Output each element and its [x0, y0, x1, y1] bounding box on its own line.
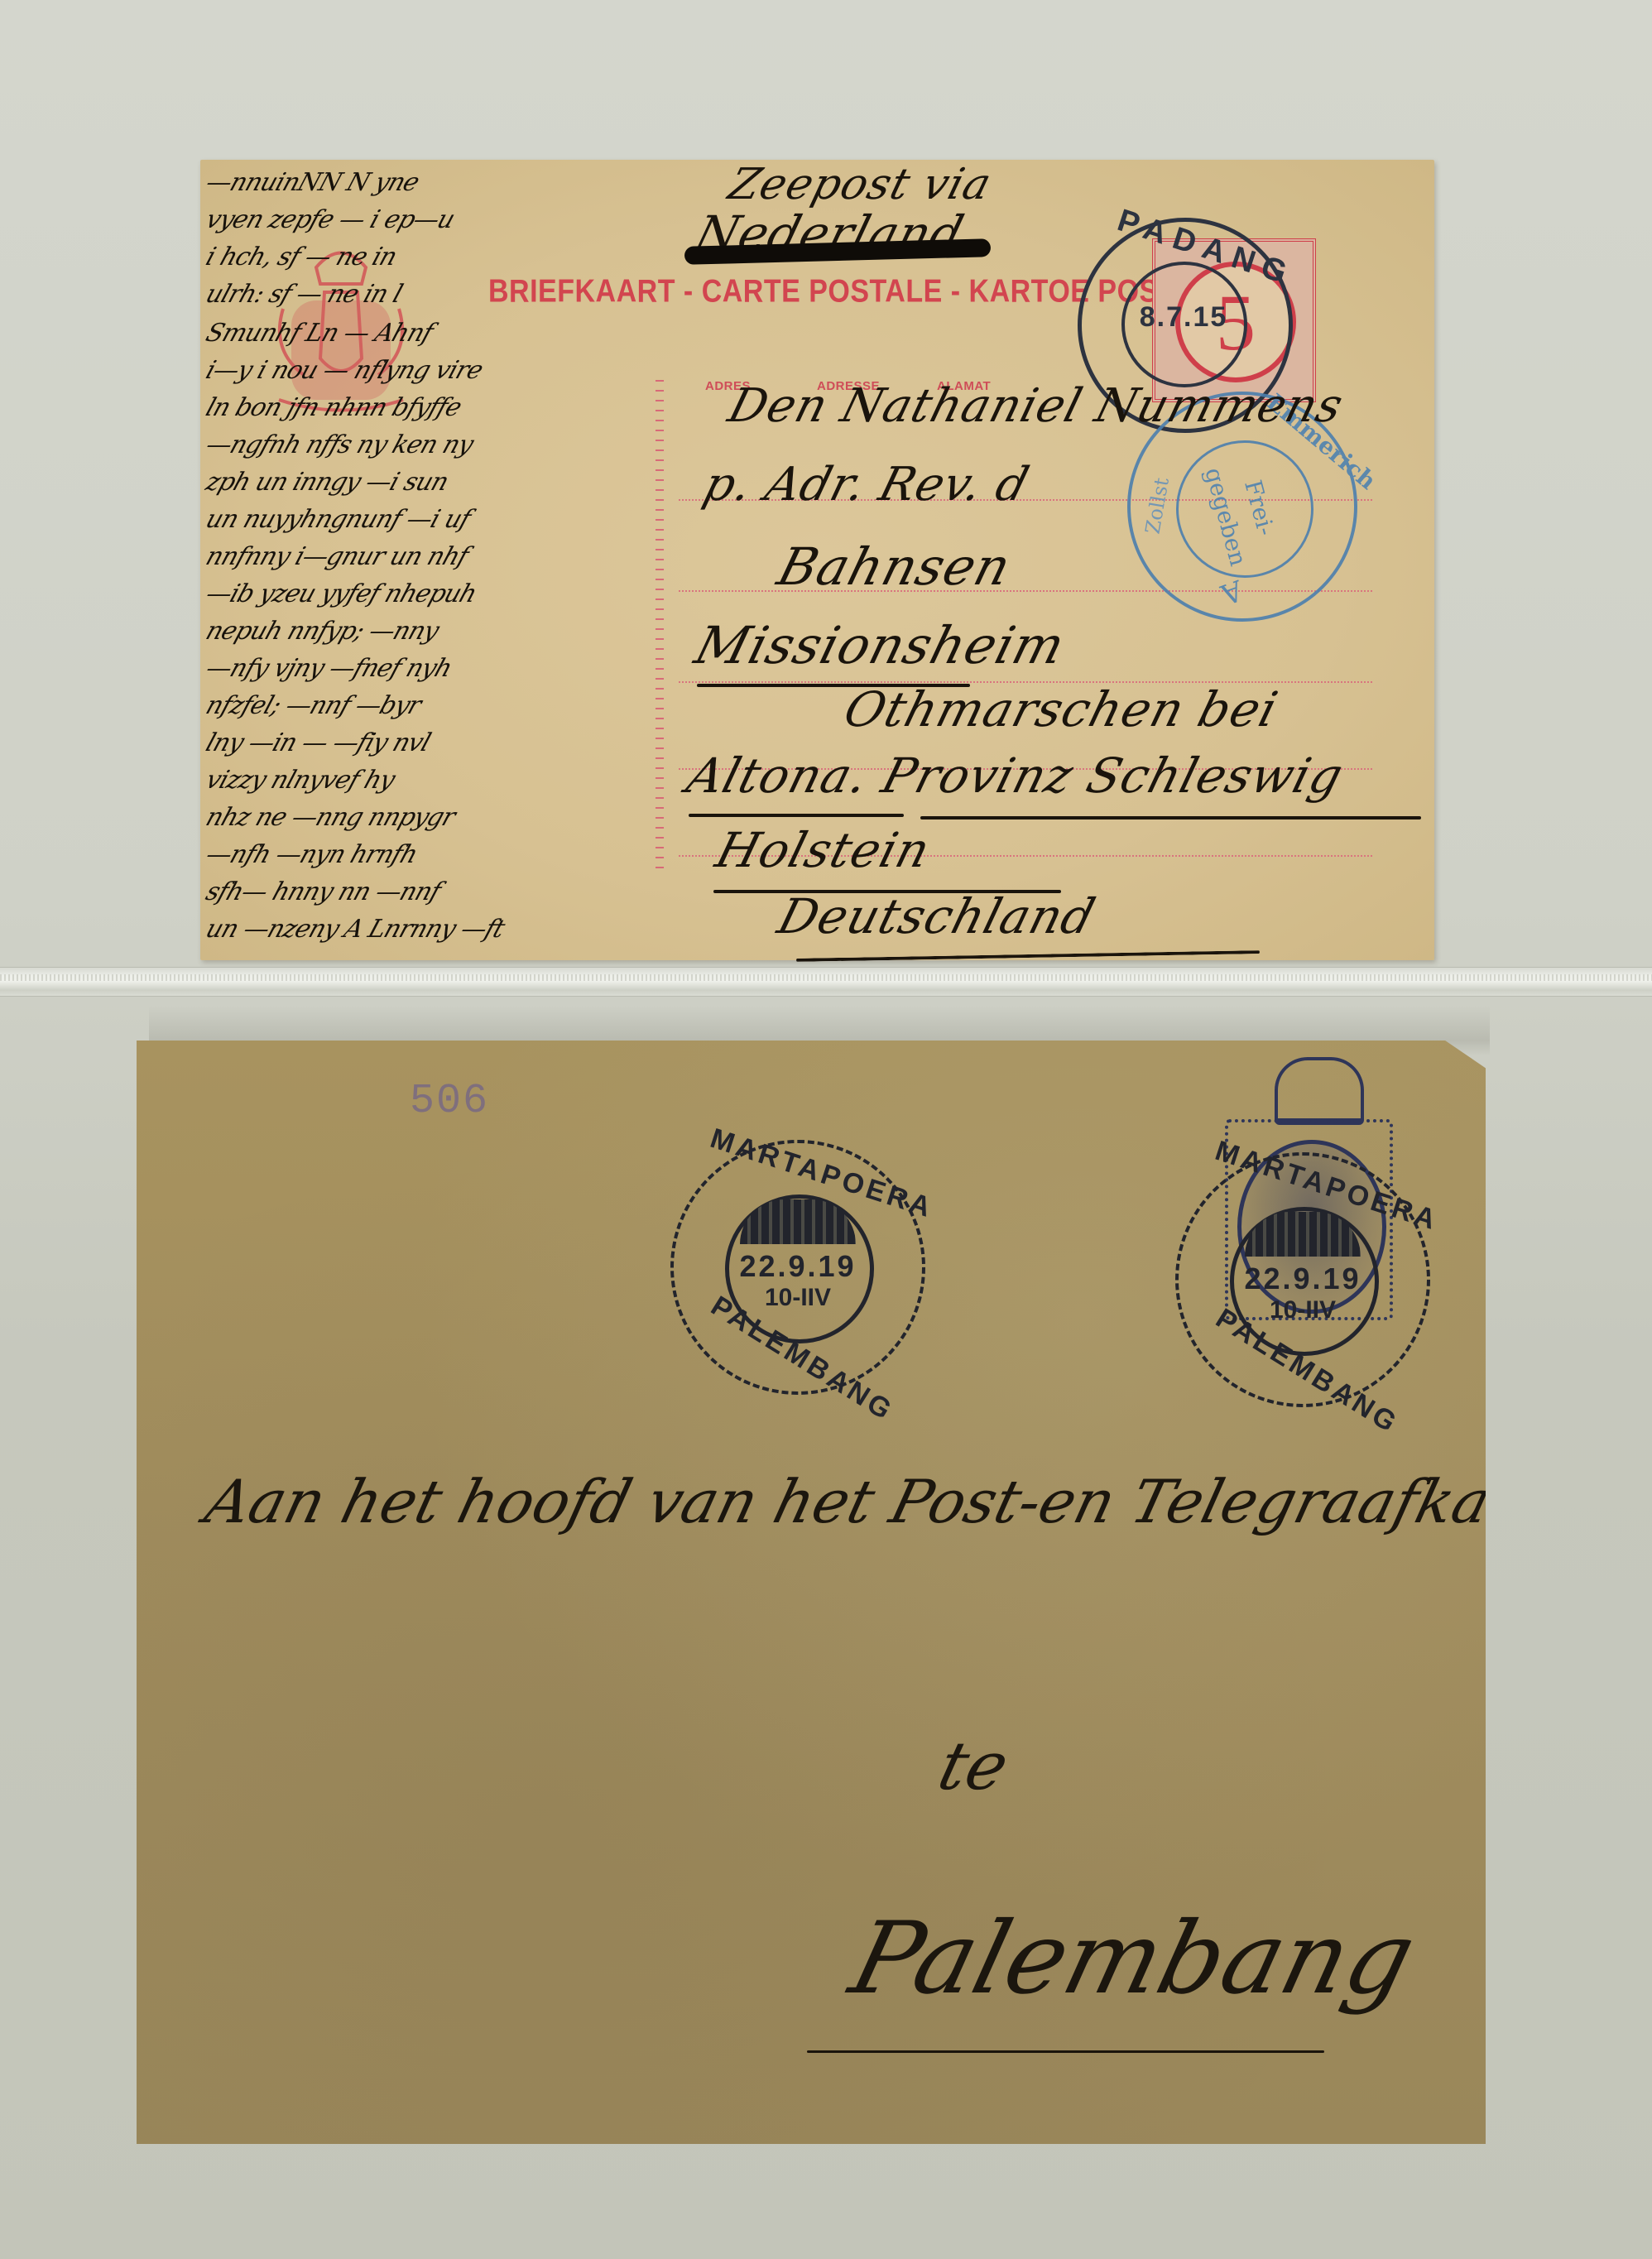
envelope: 506 MARTAPOERA 22.9.19 10-IIV PALEMBANG …: [137, 1041, 1486, 2144]
message-line: —nnuinNN N yne: [202, 168, 422, 197]
message-line: sfh— hnny nn —nnf: [202, 877, 444, 906]
message-line: i hch, sf — ne in: [202, 243, 400, 272]
martapoera-postmark-on-stamp: MARTAPOERA 22.9.19 10-IIV PALEMBANG: [1175, 1152, 1430, 1407]
pencil-number: 506: [410, 1078, 489, 1125]
wavy-divider-line: [656, 375, 664, 872]
strip-ridge: [0, 974, 1652, 981]
martapoera-postmark: MARTAPOERA 22.9.19 10-IIV PALEMBANG: [670, 1140, 925, 1395]
message-line: lny —in — —fiy nvl: [202, 728, 434, 757]
message-line: nnfnny i—gnur un nhf: [202, 542, 471, 571]
message-line: —ngfnh nffs ny ken ny: [202, 430, 477, 459]
address-line: Holstein: [710, 822, 937, 878]
album-mount-strip: [0, 967, 1652, 997]
message-line: —nfh —nyn hrnfh: [202, 840, 420, 869]
address-line: Missionsheim: [689, 615, 1072, 675]
message-line: vyen zepfe — i ep—u: [202, 205, 458, 234]
postmark-date: 8.7.15: [1121, 301, 1246, 334]
envelope-address-line-1: Aan het hoofd van het Post-en Telegraafk…: [199, 1467, 1652, 1536]
message-area: —nnuinNN N yne vyen zepfe — i ep—u i hch…: [200, 160, 647, 960]
underline: [920, 816, 1421, 819]
postmark-date: 22.9.19: [1230, 1262, 1376, 1296]
message-line: —nfy vjny —fnef nyh: [202, 654, 455, 683]
envelope-address-line-3: Palembang: [840, 1901, 1425, 2016]
address-line: Bahnsen: [771, 536, 1017, 597]
address-line: Den Nathaniel Nummens: [723, 379, 1349, 433]
address-line: Altona. Provinz Schleswig: [681, 747, 1350, 804]
underline: [807, 2050, 1324, 2053]
underline: [689, 814, 904, 817]
message-line: un —nzeny A Lnrnny —ft: [202, 915, 507, 944]
message-line: nfzfel; —nnf —byr: [202, 691, 424, 720]
message-line: Smunhf Ln — Ahnf: [202, 319, 436, 348]
message-line: i—y i nou — nflyng vire: [202, 356, 486, 385]
message-line: un nuyyhngnunf —i uf: [202, 505, 473, 534]
message-line: ln bon jfn nhnn bfyffe: [202, 393, 464, 422]
address-line: Deutschland: [772, 888, 1102, 944]
message-line: zph un inngy —i sun: [202, 468, 452, 497]
message-line: ulrh: sf — ne in l: [202, 280, 406, 309]
censor-outer-left-text: Zollst: [1141, 476, 1173, 536]
routing-line-1: Zeepost via: [723, 160, 996, 209]
message-line: —ib yzeu yyfef nhepuh: [202, 579, 480, 608]
underline: [796, 950, 1260, 962]
envelope-address-line-2: te: [931, 1728, 1016, 1805]
crown-icon: [1275, 1057, 1364, 1125]
message-line: nepuh nnfyp; —nny: [202, 617, 442, 646]
postcard: BRIEFKAART - CARTE POSTALE - KARTOE POS …: [200, 160, 1434, 960]
message-line: vizzy nlnyvef hy: [202, 766, 398, 795]
address-line: Othmarschen bei: [838, 681, 1284, 738]
address-line: p. Adr. Rev. d: [698, 458, 1035, 512]
postmark-date: 22.9.19: [725, 1249, 871, 1284]
message-line: nhz ne —nng nnpygr: [202, 803, 459, 832]
